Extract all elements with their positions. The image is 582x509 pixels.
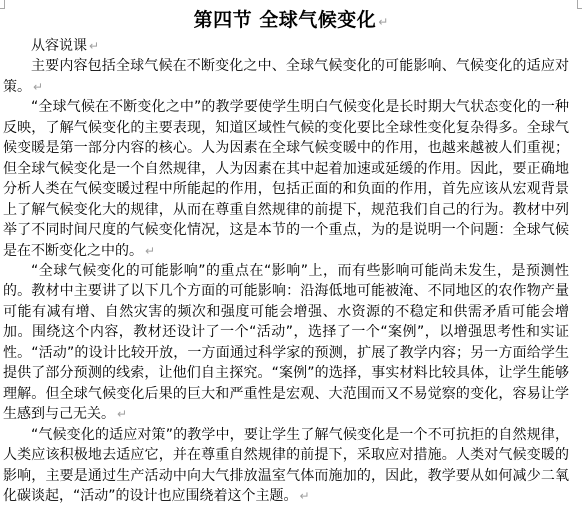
text-boundary-crop-mark-top-right	[577, 0, 582, 9]
paragraph: 主要内容包括全球气候在不断变化之中、全球气候变化的可能影响、气候变化的适应对策。…	[3, 56, 569, 97]
paragraph-return-mark: ↵	[376, 15, 388, 29]
paragraph: “全球气候变化的可能影响”的重点在“影响”上，而有些影响可能尚未发生，是预测性的…	[3, 261, 569, 425]
paragraph-return-mark: ↵	[143, 244, 155, 258]
paragraph-text: “气候变化的适应对策”的教学中，要让学生了解气候变化是一个不可抗拒的自然规律，人…	[3, 427, 569, 504]
paragraph-text: 主要内容包括全球气候在不断变化之中、全球气候变化的可能影响、气候变化的适应对策。	[3, 58, 569, 94]
section-title-text: 第四节 全球气候变化	[194, 9, 377, 31]
paragraph-return-mark: ↵	[31, 80, 43, 94]
text-boundary-crop-mark-top-left	[0, 0, 5, 9]
paragraph-text: “全球气候变化的可能影响”的重点在“影响”上，而有些影响可能尚未发生，是预测性的…	[3, 263, 569, 422]
document-page[interactable]: 第四节 全球气候变化↵ 从容说课↵主要内容包括全球气候在不断变化之中、全球气候变…	[0, 0, 582, 509]
paragraph: “全球气候在不断变化之中”的教学要使学生明白气候变化是长时期大气状态变化的一种反…	[3, 97, 569, 261]
document-body: 从容说课↵主要内容包括全球气候在不断变化之中、全球气候变化的可能影响、气候变化的…	[3, 36, 569, 506]
paragraph: “气候变化的适应对策”的教学中，要让学生了解气候变化是一个不可抗拒的自然规律，人…	[3, 425, 569, 507]
paragraph-text: “全球气候在不断变化之中”的教学要使学生明白气候变化是长时期大气状态变化的一种反…	[3, 99, 569, 258]
paragraph: 从容说课↵	[3, 36, 569, 56]
section-title: 第四节 全球气候变化↵	[0, 0, 582, 35]
paragraph-return-mark: ↵	[87, 39, 99, 53]
paragraph-return-mark: ↵	[298, 489, 310, 503]
paragraph-text: 从容说课	[31, 38, 87, 54]
paragraph-return-mark: ↵	[115, 407, 127, 421]
